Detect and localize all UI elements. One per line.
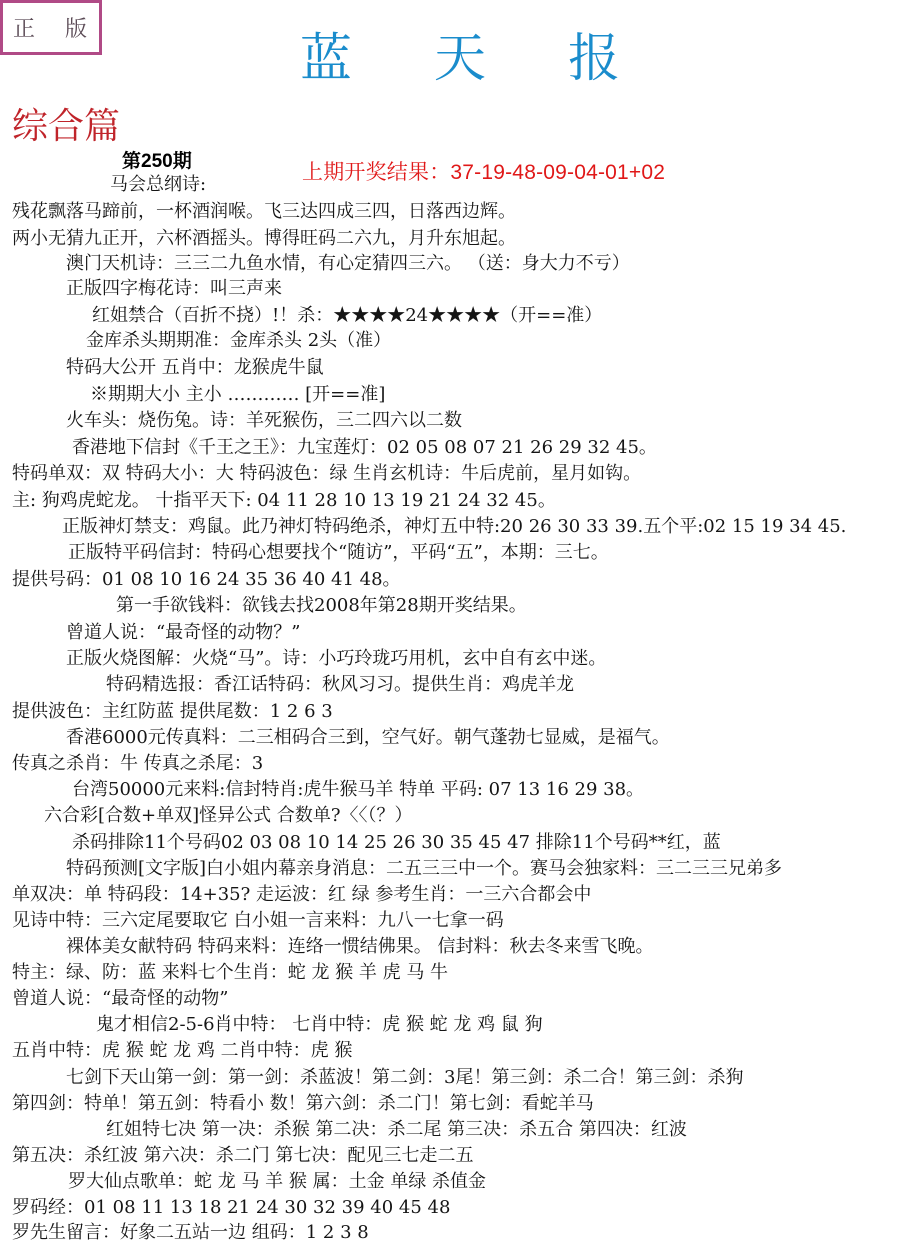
text-line: 七剑下天山第一剑：第一剑：杀蓝波！第二剑：3尾！第三剑：杀二合！第三剑：杀狗	[66, 1067, 743, 1089]
masthead-char: 报	[568, 16, 620, 91]
text-line: 特码预测[文字版]白小姐内幕亲身消息：二五三三中一个。赛马会独家料：三二三三兄弟…	[66, 858, 782, 880]
text-line: 正版四字梅花诗：叫三声来	[66, 278, 282, 300]
text-line: 火车头：烧伤兔。诗：羊死猴伤，三二四六以二数	[66, 410, 462, 432]
authentic-edition-badge: 正 版	[0, 0, 102, 55]
text-line: 正版特平码信封：特码心想要找个“随访”，平码“五”，本期：三七。	[68, 542, 609, 564]
masthead-title: 蓝 天 报	[300, 18, 620, 88]
last-draw-label: 上期开奖结果：	[302, 161, 450, 184]
text-line: 主: 狗鸡虎蛇龙。 十指平天下: 04 11 28 10 13 19 21 24…	[12, 490, 556, 512]
text-line: 曾道人说：“最奇怪的动物？”	[66, 622, 300, 644]
last-draw-result: 上期开奖结果：37-19-48-09-04-01+02	[302, 156, 665, 186]
masthead-char: 天	[434, 16, 486, 91]
masthead-char: 蓝	[300, 16, 352, 91]
text-line: 罗码经：01 08 11 13 18 21 24 30 32 39 40 45 …	[12, 1197, 450, 1219]
text-line: 马会总纲诗:	[110, 174, 206, 196]
text-line: 曾道人说：“最奇怪的动物”	[12, 988, 228, 1010]
badge-char: 正	[13, 12, 35, 43]
text-line: 六合彩[合数+单双]怪异公式 合数单?〈〈（？）	[44, 805, 413, 827]
text-line: 单双决：单 特码段：14+35? 走运波：红 绿 参考生肖：一三六合都会中	[12, 884, 591, 906]
issue-number: 第250期	[122, 146, 192, 173]
text-line: 正版火烧图解：火烧“马”。诗：小巧玲珑巧用机，玄中自有玄中迷。	[66, 648, 606, 670]
text-line: 裸体美女献特码 特码来料：连络一惯结佛果。 信封料：秋去冬来雪飞晚。	[66, 936, 653, 958]
text-line: ※期期大小 主小 ………… [开==准]	[90, 384, 385, 406]
text-line: 澳门天机诗：三三二九鱼水情，有心定猜四三六。 （送：身大力不亏）	[66, 253, 630, 275]
text-line: 红姐禁合（百折不挠）!！杀：★★★★24★★★★（开==准）	[92, 305, 602, 327]
last-draw-numbers: 37-19-48-09-04-01+02	[450, 161, 665, 184]
text-line: 特主：绿、防：蓝 来料七个生肖：蛇 龙 猴 羊 虎 马 牛	[12, 962, 448, 984]
text-line: 香港6000元传真料：二三相码合三到，空气好。朝气蓬勃七显威，是福气。	[66, 727, 670, 749]
text-line: 两小无猜九正开，六杯酒摇头。博得旺码二六九，月升东旭起。	[12, 228, 516, 250]
text-line: 正版神灯禁支：鸡鼠。此乃神灯特码绝杀，神灯五中特:20 26 30 33 39.…	[62, 516, 846, 538]
text-line: 特码单双：双 特码大小：大 特码波色：绿 生肖玄机诗：牛后虎前，星月如钩。	[12, 463, 641, 485]
text-line: 香港地下信封《千王之王》：九宝莲灯：02 05 08 07 21 26 29 3…	[72, 437, 657, 459]
text-line: 金库杀头期期准：金库杀头 2头（准）	[86, 330, 391, 352]
text-line: 传真之杀肖：牛 传真之杀尾：3	[12, 753, 263, 775]
text-line: 残花飘落马蹄前，一杯酒润喉。飞三达四成三四，日落西边辉。	[12, 201, 516, 223]
text-line: 特码大公开 五肖中：龙猴虎牛鼠	[66, 357, 324, 379]
text-line: 罗先生留言：好象二五站一边 组码：1 2 3 8	[12, 1222, 369, 1243]
text-line: 鬼才相信2-5-6肖中特： 七肖中特：虎 猴 蛇 龙 鸡 鼠 狗	[96, 1014, 543, 1036]
text-line: 见诗中特：三六定尾要取它 白小姐一言来料：九八一七拿一码	[12, 910, 504, 932]
text-line: 台湾50000元来料:信封特肖:虎牛猴马羊 特单 平码: 07 13 16 29…	[72, 779, 644, 801]
text-line: 第五决：杀红波 第六决：杀二门 第七决：配见三七走二五	[12, 1145, 473, 1167]
text-line: 第四剑：特单！第五剑：特看小 数！第六剑：杀二门！第七剑：看蛇羊马	[12, 1093, 594, 1115]
text-line: 第一手欲钱料：欲钱去找2008年第28期开奖结果。	[116, 595, 527, 617]
badge-char: 版	[65, 12, 87, 43]
text-line: 红姐特七决 第一决：杀猴 第二决：杀二尾 第三决：杀五合 第四决：红波	[106, 1119, 687, 1141]
text-line: 特码精选报：香江话特码：秋风习习。提供生肖：鸡虎羊龙	[106, 674, 574, 696]
text-line: 罗大仙点歌单：蛇 龙 马 羊 猴 属：土金 单绿 杀值金	[68, 1171, 486, 1193]
text-line: 提供波色：主红防蓝 提供尾数：1 2 6 3	[12, 701, 333, 723]
text-line: 五肖中特：虎 猴 蛇 龙 鸡 二肖中特：虎 猴	[12, 1040, 352, 1062]
text-line: 杀码排除11个号码02 03 08 10 14 25 26 30 35 45 4…	[72, 832, 721, 854]
text-line: 提供号码：01 08 10 16 24 35 36 40 41 48。	[12, 569, 401, 591]
section-title: 综合篇	[12, 98, 120, 149]
